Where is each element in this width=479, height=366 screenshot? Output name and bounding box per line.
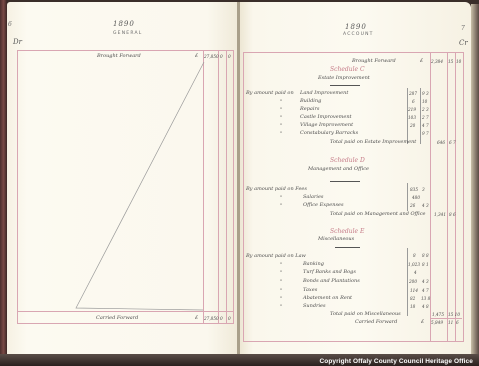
right-bf-amount: 2,384 — [431, 59, 443, 64]
sched-c-line-label: Constabulary Barracks — [300, 130, 358, 136]
schedule-c-subtitle: Estate Improvement — [318, 75, 370, 81]
sched-c-line-sub: 2 3 — [422, 107, 429, 112]
sched-c-line-prefix: " — [280, 123, 282, 129]
sched-c-line-label: Repairs — [300, 106, 319, 112]
sched-e-line-prefix: " — [280, 270, 282, 276]
sched-c-line-amount: 103 — [408, 115, 416, 120]
sched-c-line-prefix: By amount paid on — [246, 90, 294, 96]
right-cf-currency: £ — [421, 319, 424, 325]
left-cf-pence: 0 — [228, 316, 231, 321]
right-bf-currency: £ — [420, 58, 423, 64]
sched-c-line-prefix: " — [280, 115, 282, 121]
sched-c-line-label: Building — [300, 98, 321, 104]
sched-e-line-prefix: By amount paid on Law — [246, 253, 306, 259]
sched-d-line-label: Office Expenses — [303, 202, 344, 208]
left-bf-amount: 27,850 — [204, 54, 219, 59]
schedule-c-bracket-2 — [420, 88, 421, 144]
sched-e-line-amount: 200 — [409, 279, 417, 284]
sched-c-line-amount: 219 — [408, 107, 416, 112]
left-cf-shillings: 0 — [220, 316, 223, 321]
left-bf-shillings: 0 — [220, 54, 223, 59]
schedule-d-total-label: Total paid on Management and Office — [330, 211, 426, 217]
schedule-c-total-sub: 6 7 — [449, 140, 456, 145]
sched-e-line-sub: 8 1 — [422, 262, 429, 267]
left-bf-currency: £ — [195, 53, 198, 59]
sched-c-line-prefix: " — [280, 107, 282, 113]
sched-e-line-amount: 4 — [414, 270, 417, 275]
right-page-heading: ACCOUNT — [343, 32, 374, 37]
schedule-d-bracket — [407, 183, 408, 211]
left-brought-forward-label: Brought Forward — [97, 53, 141, 59]
schedule-e-total-sub: 15 10 — [448, 312, 460, 317]
sched-c-line-prefix: " — [280, 131, 282, 137]
sched-e-line-amount: 8 — [413, 253, 416, 258]
sched-c-line-prefix: " — [280, 99, 282, 105]
left-bf-pence: 0 — [228, 54, 231, 59]
right-carried-forward-label: Carried Forward — [355, 319, 397, 325]
sched-c-line-amount: 6 — [412, 99, 415, 104]
right-bf-shillings: 15 — [448, 59, 453, 64]
sched-e-line-prefix: " — [280, 279, 282, 285]
schedule-d-total-sub: 8 6 — [449, 212, 456, 217]
sched-d-line-sub: 4 3 — [422, 203, 429, 208]
right-page-number: 7 — [461, 25, 465, 32]
sched-d-line-prefix: By amount paid on Fees — [246, 186, 307, 192]
schedule-e-total-amount: 1,475 — [432, 312, 444, 317]
sched-c-line-label: Village Improvement — [300, 122, 353, 128]
sched-d-line-amount: 480 — [412, 195, 420, 200]
sched-c-line-label: Land Improvement — [300, 90, 348, 96]
schedule-c-title: Schedule C — [330, 66, 365, 73]
sched-e-line-sub: 8 8 — [422, 253, 429, 258]
right-year-heading: 1890 — [345, 23, 367, 31]
sched-d-line-label: Salaries — [303, 194, 324, 200]
sched-d-line-prefix: " — [280, 195, 282, 201]
schedule-d-total-amount: 1,341 — [434, 212, 446, 217]
schedule-e-total-label: Total paid on Miscellaneous — [330, 311, 401, 317]
sched-e-line-label: Taxes — [303, 287, 317, 293]
schedule-e-bracket — [407, 248, 408, 316]
sched-e-line-prefix: " — [280, 296, 282, 302]
sched-c-line-sub: 4 7 — [422, 123, 429, 128]
sched-e-line-label: Bonds and Plantations — [303, 278, 360, 284]
sched-e-line-label: Turf Banks and Bogs — [303, 269, 356, 275]
credit-mark: Cr — [459, 39, 468, 47]
sched-d-line-amount: 835 — [410, 187, 418, 192]
copyright-watermark: Copyright Offaly County Council Heritage… — [320, 358, 474, 365]
sched-c-line-sub: 9 7 — [422, 131, 429, 136]
schedule-c-total-label: Total paid on Estate Improvement — [330, 139, 416, 145]
right-shillings-rule — [447, 52, 448, 341]
sched-e-line-sub: 4 3 — [422, 279, 429, 284]
schedule-e-underline — [335, 247, 360, 248]
sched-c-line-sub: 10 — [422, 99, 427, 104]
sched-e-line-prefix: " — [280, 262, 282, 268]
schedule-d-title: Schedule D — [330, 157, 365, 164]
sched-e-line-amount: 18 — [410, 304, 415, 309]
sched-e-line-prefix: " — [280, 288, 282, 294]
left-cf-amount: 27,850 — [204, 316, 219, 321]
sched-e-line-prefix: " — [280, 304, 282, 310]
sched-e-line-amount: 82 — [410, 296, 415, 301]
schedule-c-underline — [330, 85, 360, 86]
sched-c-line-sub: 2 7 — [422, 115, 429, 120]
sched-c-line-amount: 287 — [409, 91, 417, 96]
sched-e-line-amount: 114 — [410, 288, 418, 293]
sched-e-line-sub: 4 8 — [422, 304, 429, 309]
sched-d-line-sub: 3 — [422, 187, 425, 192]
sched-e-line-sub: 4 7 — [422, 288, 429, 293]
left-cf-currency: £ — [195, 315, 198, 321]
right-brought-forward-label: Brought Forward — [352, 58, 396, 64]
sched-e-line-label: Banking — [303, 261, 324, 267]
sched-c-line-sub: 9 3 — [422, 91, 429, 96]
right-bf-pence: 10 — [456, 59, 461, 64]
sched-e-line-amount: 1,023 — [408, 262, 420, 267]
right-cf-pence: 6 — [456, 320, 459, 325]
schedule-c-total-amount: 646 — [437, 140, 445, 145]
sched-d-line-prefix: " — [280, 203, 282, 209]
sched-d-line-amount: 26 — [410, 203, 415, 208]
right-pence-rule — [455, 52, 456, 341]
right-cf-shillings: 11 — [448, 320, 453, 325]
sched-e-line-sub: 13 8 — [421, 296, 430, 301]
left-carried-forward-label: Carried Forward — [96, 315, 138, 321]
schedule-d-underline — [330, 181, 360, 182]
total-rule — [430, 318, 462, 319]
sched-e-line-label: Abatement on Rent — [303, 295, 352, 301]
sched-e-line-label: Sundries — [303, 303, 326, 309]
sched-c-line-label: Castle Improvement — [300, 114, 352, 120]
schedule-e-title: Schedule E — [330, 228, 364, 235]
sched-c-line-amount: 20 — [410, 123, 415, 128]
schedule-e-subtitle: Miscellaneous — [318, 236, 354, 242]
schedule-d-subtitle: Management and Office — [308, 166, 369, 172]
book-edge — [471, 4, 479, 358]
right-cf-amount: 5,849 — [431, 320, 443, 325]
book-gutter — [237, 2, 240, 358]
